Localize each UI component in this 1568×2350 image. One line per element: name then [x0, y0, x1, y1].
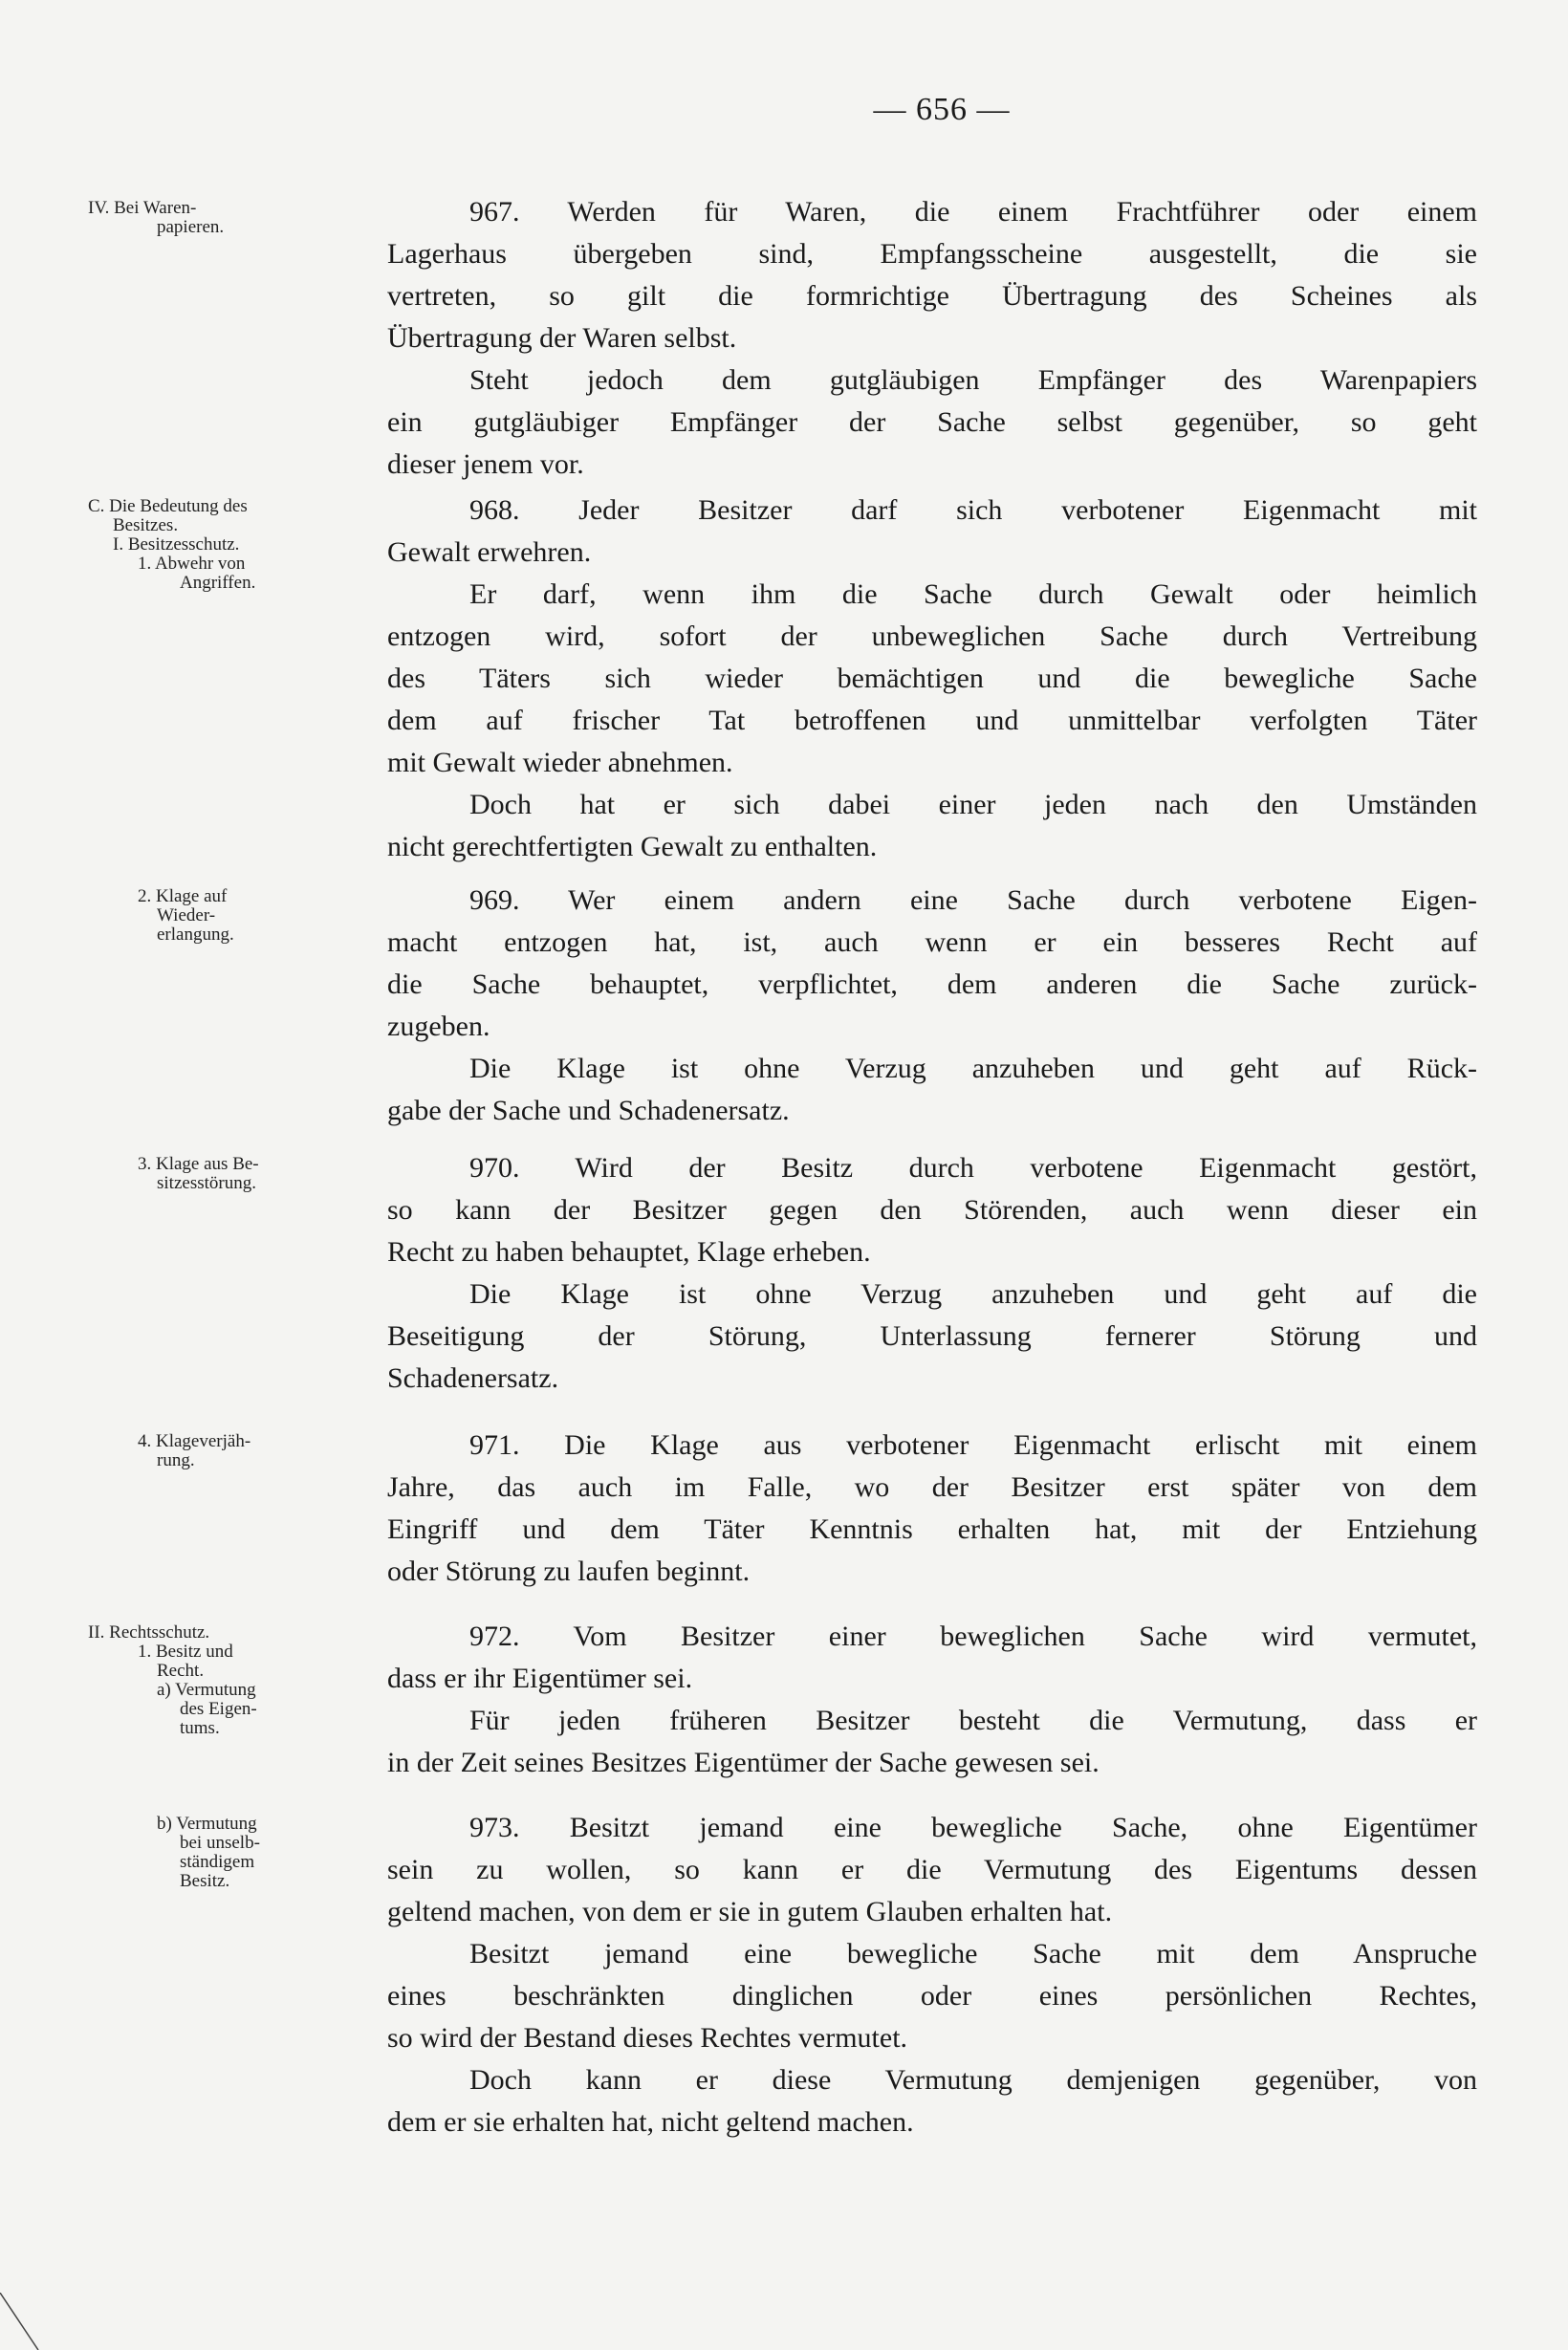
- paragraph: 972. Vom Besitzer einer beweglichen Sach…: [387, 1616, 1477, 1700]
- margin-note-line: 4. Klageverjäh-: [88, 1432, 346, 1451]
- text-line: die Sache behauptet, verpflichtet, dem a…: [387, 964, 1477, 1006]
- text-line: Jahre, das auch im Falle, wo der Besitze…: [387, 1467, 1477, 1509]
- text-line: 967. Werden für Waren, die einem Frachtf…: [387, 191, 1477, 233]
- margin-note-line: tums.: [88, 1719, 346, 1738]
- text-line: gabe der Sache und Schadenersatz.: [387, 1090, 1477, 1132]
- article-body: 968. Jeder Besitzer darf sich verbotener…: [387, 490, 1477, 868]
- text-line: 969. Wer einem andern eine Sache durch v…: [387, 880, 1477, 922]
- text-line: nicht gerechtfertigten Gewalt zu enthalt…: [387, 826, 1477, 868]
- paragraph: 973. Besitzt jemand eine bewegliche Sach…: [387, 1807, 1477, 1933]
- text-line: Steht jedoch dem gutgläubigen Empfänger …: [387, 359, 1477, 402]
- text-line: dieser jenem vor.: [387, 444, 1477, 486]
- article-body: 971. Die Klage aus verbotener Eigenmacht…: [387, 1425, 1477, 1593]
- margin-note-line: Besitzes.: [88, 516, 346, 535]
- text-line: 970. Wird der Besitz durch verbotene Eig…: [387, 1147, 1477, 1189]
- paragraph: Die Klage ist ohne Verzug anzuheben und …: [387, 1048, 1477, 1132]
- margin-note-line: b) Vermutung: [88, 1815, 346, 1834]
- text-line: dass er ihr Eigentümer sei.: [387, 1658, 1477, 1700]
- paragraph: Er darf, wenn ihm die Sache durch Gewalt…: [387, 574, 1477, 784]
- margin-note: b) Vermutungbei unselb-ständigemBesitz.: [88, 1815, 346, 1891]
- margin-note-line: 1. Abwehr von: [88, 555, 346, 574]
- scan-artifact-line: [0, 2293, 57, 2350]
- text-line: Recht zu haben behauptet, Klage erheben.: [387, 1231, 1477, 1273]
- paragraph: 967. Werden für Waren, die einem Frachtf…: [387, 191, 1477, 359]
- article-body: 973. Besitzt jemand eine bewegliche Sach…: [387, 1807, 1477, 2143]
- margin-note-line: erlangung.: [88, 925, 346, 945]
- paragraph: Doch kann er diese Vermutung demjenigen …: [387, 2059, 1477, 2143]
- text-line: so wird der Bestand dieses Rechtes vermu…: [387, 2017, 1477, 2059]
- margin-note-line: rung.: [88, 1451, 346, 1470]
- margin-note: 4. Klageverjäh-rung.: [88, 1432, 346, 1470]
- text-line: 968. Jeder Besitzer darf sich verbotener…: [387, 490, 1477, 532]
- text-line: zugeben.: [387, 1006, 1477, 1048]
- text-line: Doch hat er sich dabei einer jeden nach …: [387, 784, 1477, 826]
- margin-note-line: C. Die Bedeutung des: [88, 497, 346, 516]
- article-body: 967. Werden für Waren, die einem Frachtf…: [387, 191, 1477, 486]
- margin-note-line: bei unselb-: [88, 1834, 346, 1853]
- margin-note-line: ständigem: [88, 1853, 346, 1872]
- text-line: Schadenersatz.: [387, 1358, 1477, 1400]
- paragraph: Die Klage ist ohne Verzug anzuheben und …: [387, 1273, 1477, 1400]
- margin-note-line: papieren.: [88, 218, 346, 237]
- text-line: Lagerhaus übergeben sind, Empfangsschein…: [387, 233, 1477, 275]
- margin-note-line: 3. Klage aus Be-: [88, 1155, 346, 1174]
- text-line: eines beschränkten dinglichen oder eines…: [387, 1975, 1477, 2017]
- text-line: oder Störung zu laufen beginnt.: [387, 1551, 1477, 1593]
- paragraph: 971. Die Klage aus verbotener Eigenmacht…: [387, 1425, 1477, 1593]
- margin-note-line: Besitz.: [88, 1872, 346, 1891]
- text-line: ein gutgläubiger Empfänger der Sache sel…: [387, 402, 1477, 444]
- margin-note: 2. Klage aufWieder-erlangung.: [88, 887, 346, 945]
- text-line: in der Zeit seines Besitzes Eigentümer d…: [387, 1742, 1477, 1784]
- margin-note-line: sitzesstörung.: [88, 1174, 346, 1193]
- text-line: 971. Die Klage aus verbotener Eigenmacht…: [387, 1425, 1477, 1467]
- paragraph: Für jeden früheren Besitzer besteht die …: [387, 1700, 1477, 1784]
- margin-note-line: 1. Besitz und: [88, 1643, 346, 1662]
- article-body: 969. Wer einem andern eine Sache durch v…: [387, 880, 1477, 1132]
- text-line: 972. Vom Besitzer einer beweglichen Sach…: [387, 1616, 1477, 1658]
- paragraph: 968. Jeder Besitzer darf sich verbotener…: [387, 490, 1477, 574]
- text-line: Eingriff und dem Täter Kenntnis erhalten…: [387, 1509, 1477, 1551]
- text-line: Gewalt erwehren.: [387, 532, 1477, 574]
- paragraph: 969. Wer einem andern eine Sache durch v…: [387, 880, 1477, 1048]
- text-line: des Täters sich wieder bemächtigen und d…: [387, 658, 1477, 700]
- margin-note-line: a) Vermutung: [88, 1681, 346, 1700]
- margin-note-line: Angriffen.: [88, 574, 346, 593]
- margin-note-line: Wieder-: [88, 906, 346, 925]
- margin-note-line: Recht.: [88, 1662, 346, 1681]
- margin-note-line: II. Rechtsschutz.: [88, 1623, 346, 1643]
- text-line: geltend machen, von dem er sie in gutem …: [387, 1891, 1477, 1933]
- page-number: — 656 —: [0, 92, 1568, 128]
- text-line: Er darf, wenn ihm die Sache durch Gewalt…: [387, 574, 1477, 616]
- text-line: Die Klage ist ohne Verzug anzuheben und …: [387, 1273, 1477, 1316]
- text-line: Die Klage ist ohne Verzug anzuheben und …: [387, 1048, 1477, 1090]
- margin-note: 3. Klage aus Be-sitzesstörung.: [88, 1155, 346, 1193]
- text-line: Beseitigung der Störung, Unterlassung fe…: [387, 1316, 1477, 1358]
- text-line: vertreten, so gilt die formrichtige Über…: [387, 275, 1477, 317]
- text-line: Übertragung der Waren selbst.: [387, 317, 1477, 359]
- paragraph: Steht jedoch dem gutgläubigen Empfänger …: [387, 359, 1477, 486]
- paragraph: Doch hat er sich dabei einer jeden nach …: [387, 784, 1477, 868]
- article-body: 972. Vom Besitzer einer beweglichen Sach…: [387, 1616, 1477, 1784]
- margin-note: IV. Bei Waren-papieren.: [88, 199, 346, 237]
- text-line: dem er sie erhalten hat, nicht geltend m…: [387, 2101, 1477, 2143]
- margin-note: II. Rechtsschutz.1. Besitz undRecht.a) V…: [88, 1623, 346, 1738]
- text-line: sein zu wollen, so kann er die Vermutung…: [387, 1849, 1477, 1891]
- paragraph: 970. Wird der Besitz durch verbotene Eig…: [387, 1147, 1477, 1273]
- margin-note-line: I. Besitzesschutz.: [88, 535, 346, 555]
- paragraph: Besitzt jemand eine bewegliche Sache mit…: [387, 1933, 1477, 2059]
- text-line: Doch kann er diese Vermutung demjenigen …: [387, 2059, 1477, 2101]
- text-line: macht entzogen hat, ist, auch wenn er ei…: [387, 922, 1477, 964]
- margin-note-line: IV. Bei Waren-: [88, 199, 346, 218]
- margin-note: C. Die Bedeutung desBesitzes.I. Besitzes…: [88, 497, 346, 593]
- margin-note-line: 2. Klage auf: [88, 887, 346, 906]
- article-body: 970. Wird der Besitz durch verbotene Eig…: [387, 1147, 1477, 1400]
- text-line: mit Gewalt wieder abnehmen.: [387, 742, 1477, 784]
- text-line: Für jeden früheren Besitzer besteht die …: [387, 1700, 1477, 1742]
- text-line: dem auf frischer Tat betroffenen und unm…: [387, 700, 1477, 742]
- text-line: so kann der Besitzer gegen den Störenden…: [387, 1189, 1477, 1231]
- text-line: 973. Besitzt jemand eine bewegliche Sach…: [387, 1807, 1477, 1849]
- text-line: Besitzt jemand eine bewegliche Sache mit…: [387, 1933, 1477, 1975]
- margin-note-line: des Eigen-: [88, 1700, 346, 1719]
- text-line: entzogen wird, sofort der unbeweglichen …: [387, 616, 1477, 658]
